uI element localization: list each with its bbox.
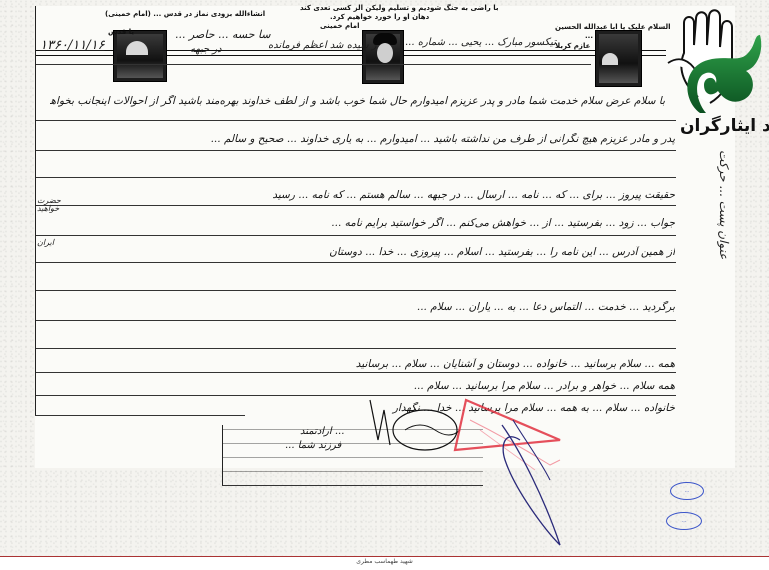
photo-imam-portrait — [362, 30, 404, 84]
body-line-5: از همین آدرس ... این نامه را ... بفرستید… — [45, 246, 675, 262]
signature-line-1: ... ارادتمند — [300, 426, 344, 437]
archive-logo-icon — [660, 5, 768, 113]
letter-date: ۱۳۶۰/۱۱/۱۶ — [40, 38, 105, 53]
body-line-6: برگردید ... خدمت ... التماس دعا ... به .… — [45, 301, 675, 317]
body-line-4: جواب ... زود ... بفرستید ... از ... خواه… — [45, 217, 675, 233]
caption-quds: یا قدس — [108, 28, 134, 36]
blue-oval-stamp-1: ... — [670, 482, 704, 500]
ruled-line — [36, 120, 676, 121]
ruled-line — [36, 348, 676, 349]
ruled-line — [36, 290, 676, 291]
margin-note: ایران — [37, 238, 54, 247]
footer-caption: شهید طهماسب مطری — [0, 556, 769, 568]
body-line-9: خانواده ... سلام ... به همه ... سلام مرا… — [45, 402, 675, 418]
header-field-sender: تیکسور مبارک ... یحیی ... شماره ... — [405, 37, 556, 48]
letter-left-border — [35, 6, 36, 416]
side-note-vertical: عنوان پست ... حرکت — [705, 150, 731, 310]
ruled-line — [36, 320, 676, 321]
header-quote-center-attr: امام خمینی — [320, 22, 359, 30]
ruled-line — [36, 235, 676, 236]
header-quote-center-2: دهان او را خورد خواهیم کرد. — [330, 13, 429, 21]
header-field-place: در جبهه — [190, 44, 222, 55]
header-field-subject: سا حسه ... حاصر ... — [175, 28, 271, 41]
ruled-line — [36, 64, 591, 65]
signature-stub-area — [222, 425, 483, 486]
blue-oval-stamp-2: ... — [666, 512, 702, 530]
caption-karbala: عازم کربلا — [555, 42, 590, 50]
archive-logo-text: مرکز اسناد ایثارگران — [680, 116, 769, 136]
margin-note: خواهید — [37, 204, 59, 213]
body-line-1: با سلام عرض سلام خدمت شما مادر و پدر عزی… — [50, 95, 665, 111]
ruled-line — [36, 177, 676, 178]
photo-karbala-shrine — [595, 30, 642, 87]
ruled-line — [36, 205, 676, 206]
header-quote-left: انشاءالله بزودی نماز در قدس ... (امام خم… — [105, 10, 265, 18]
body-line-2: پدر و مادر عزیزم هیچ نگرانی از طرف من ند… — [45, 133, 675, 149]
header-field-to: ر سیده شد اعظم فرمانده — [268, 40, 377, 51]
header-quote-center-1: با راضی به جنگ شودیم و تسلیم ولیکن الز ک… — [300, 4, 498, 12]
body-line-7: همه ... سلام برسانید ... خانواده ... دوس… — [45, 358, 675, 374]
ruled-line — [36, 262, 676, 263]
body-line-3: حقیقت پیروز ... برای ... که ... نامه ...… — [45, 189, 675, 205]
body-line-8: همه سلام ... خواهر و برادر ... سلام مرا … — [45, 380, 675, 396]
signature-line-2: فرزند شما ... — [285, 440, 341, 451]
photo-dome-of-the-rock — [113, 30, 167, 82]
ruled-line — [36, 150, 676, 151]
